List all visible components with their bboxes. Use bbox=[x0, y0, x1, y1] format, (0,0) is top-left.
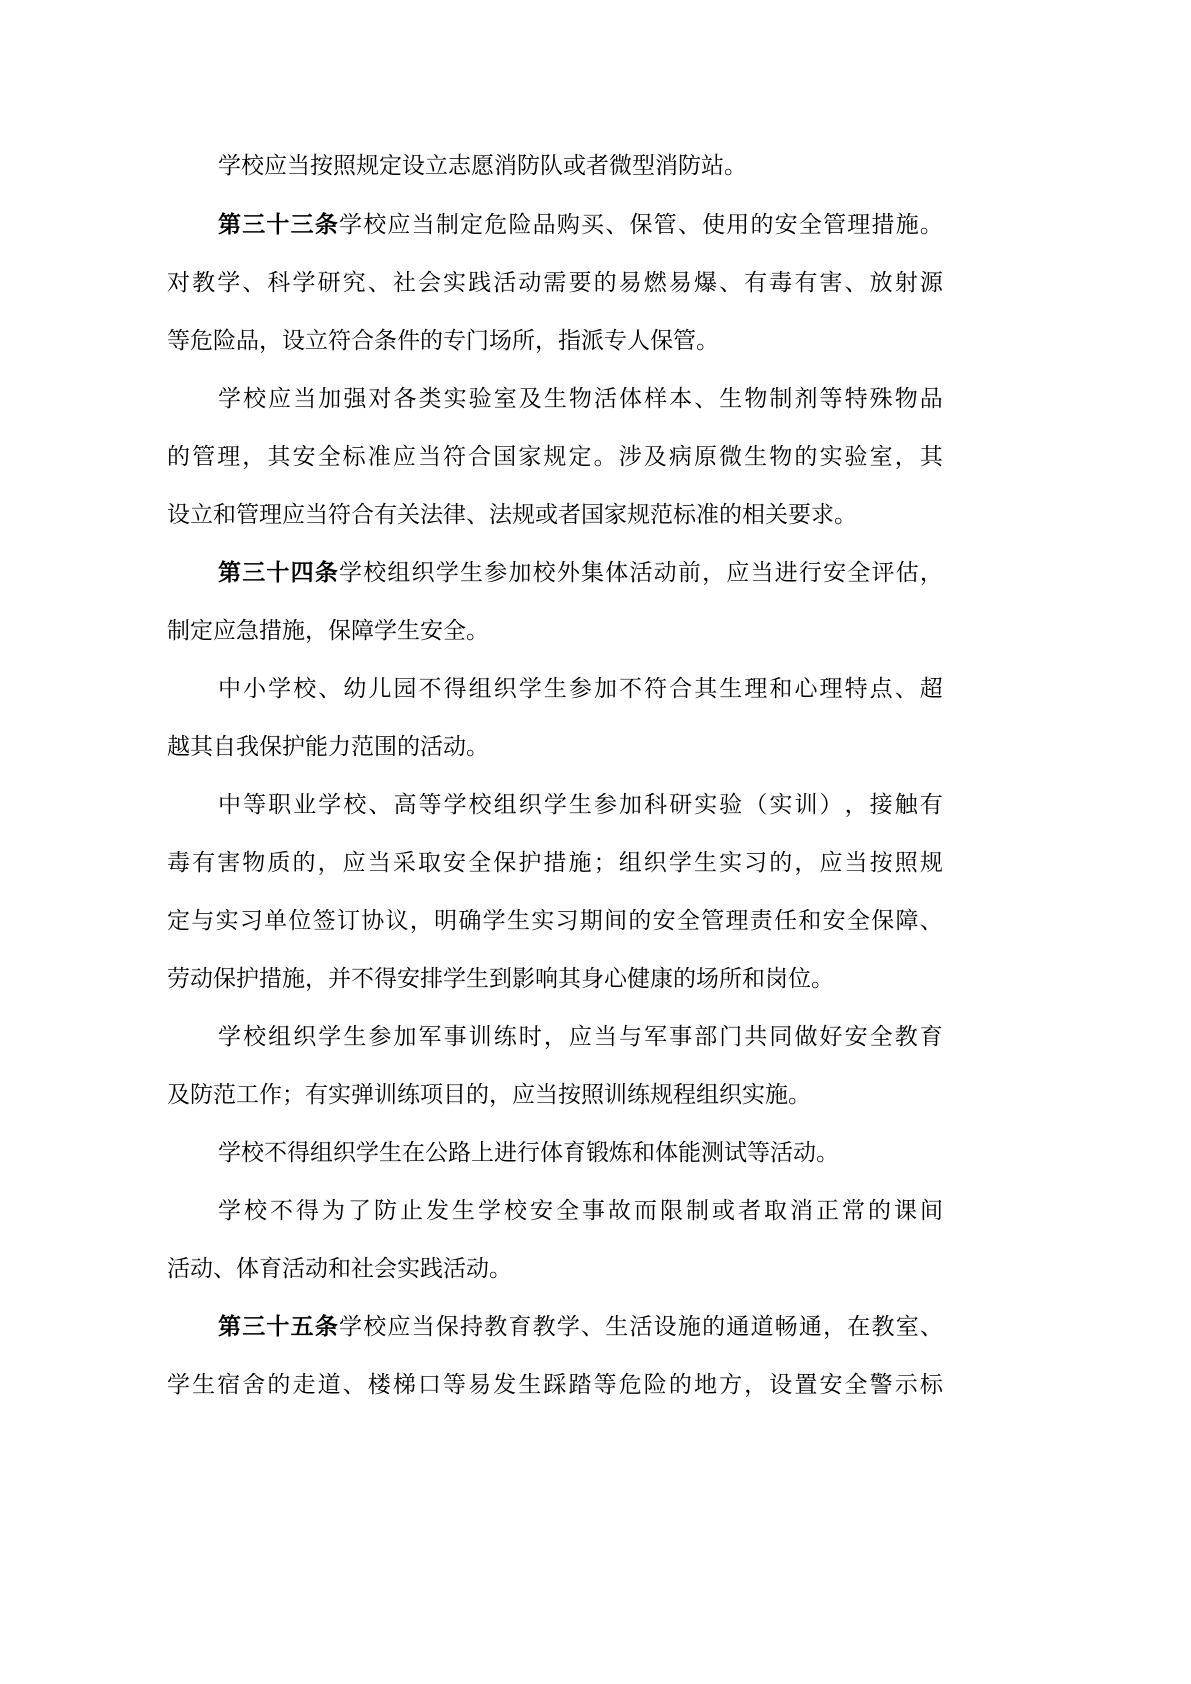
text-line: 中等职业学校、高等学校组织学生参加科研实验（实训），接触有 bbox=[218, 787, 943, 823]
text-line: 第三十五条学校应当保持教育教学、生活设施的通道畅通，在教室、 bbox=[218, 1309, 943, 1345]
text-line: 制定应急措施，保障学生安全。 bbox=[167, 613, 943, 649]
text-line: 学校应当按照规定设立志愿消防队或者微型消防站。 bbox=[218, 148, 943, 184]
text-line: 学校不得组织学生在公路上进行体育锻炼和体能测试等活动。 bbox=[218, 1135, 943, 1171]
text-line: 越其自我保护能力范围的活动。 bbox=[167, 729, 943, 765]
text-line: 学校应当加强对各类实验室及生物活体样本、生物制剂等特殊物品 bbox=[218, 381, 943, 417]
document-page: 学校应当按照规定设立志愿消防队或者微型消防站。第三十三条学校应当制定危险品购买、… bbox=[0, 0, 1191, 1684]
text-line: 设立和管理应当符合有关法律、法规或者国家规范标准的相关要求。 bbox=[167, 497, 943, 533]
text-line: 的管理，其安全标准应当符合国家规定。涉及病原微生物的实验室，其 bbox=[167, 439, 943, 475]
text-line: 第三十四条学校组织学生参加校外集体活动前，应当进行安全评估， bbox=[218, 555, 943, 591]
text-line: 学校不得为了防止发生学校安全事故而限制或者取消正常的课间 bbox=[218, 1193, 943, 1229]
text-line: 毒有害物质的，应当采取安全保护措施；组织学生实习的，应当按照规 bbox=[167, 845, 943, 881]
text-line: 活动、体育活动和社会实践活动。 bbox=[167, 1251, 943, 1287]
text-line: 对教学、科学研究、社会实践活动需要的易燃易爆、有毒有害、放射源 bbox=[167, 265, 943, 301]
text-line: 第三十三条学校应当制定危险品购买、保管、使用的安全管理措施。 bbox=[218, 207, 943, 243]
text-line: 中小学校、幼儿园不得组织学生参加不符合其生理和心理特点、超 bbox=[218, 671, 943, 707]
text-line: 定与实习单位签订协议，明确学生实习期间的安全管理责任和安全保障、 bbox=[167, 903, 943, 939]
text-line: 及防范工作；有实弹训练项目的，应当按照训练规程组织实施。 bbox=[167, 1077, 943, 1113]
text-line: 劳动保护措施，并不得安排学生到影响其身心健康的场所和岗位。 bbox=[167, 961, 943, 997]
text-line: 学生宿舍的走道、楼梯口等易发生踩踏等危险的地方，设置安全警示标 bbox=[167, 1367, 943, 1403]
text-line: 学校组织学生参加军事训练时，应当与军事部门共同做好安全教育 bbox=[218, 1019, 943, 1055]
text-line: 等危险品，设立符合条件的专门场所，指派专人保管。 bbox=[167, 323, 943, 359]
